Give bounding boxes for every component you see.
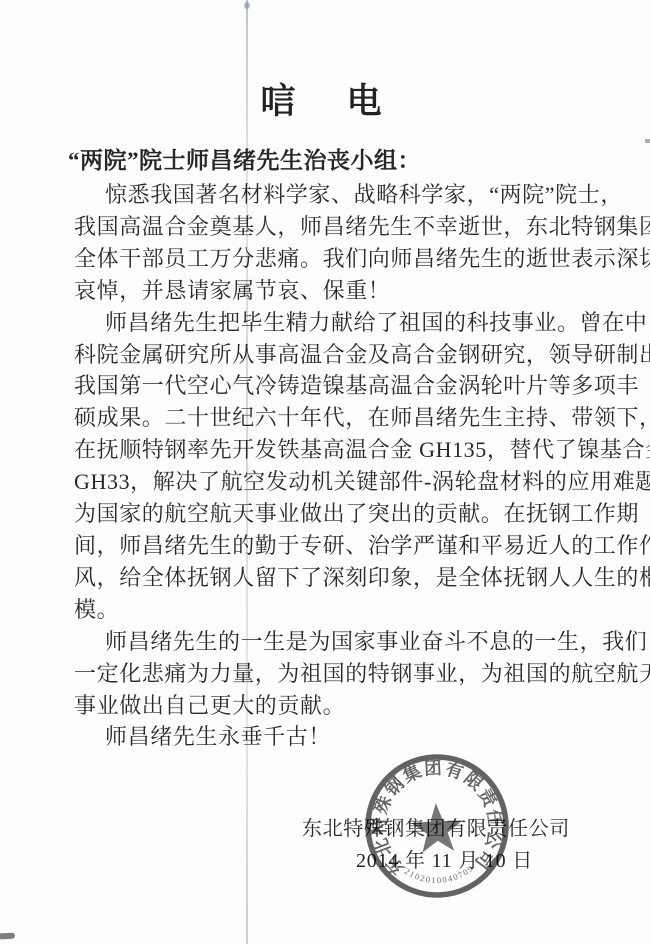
body-text: 惊悉我国著名材料学家、战略科学家，“两院”院士，我国高温合金奠基人，师昌绪先生不… [74,179,596,753]
body-line: 惊悉我国著名材料学家、战略科学家，“两院”院士， [74,179,596,211]
body-line: 在抚顺特钢率先开发铁基高温合金 GH135，替代了镍基合金 [74,434,596,466]
body-line: 事业做出自己更大的贡献。 [74,690,596,722]
body-line: 硕成果。二十世纪六十年代，在师昌绪先生主持、带领下， [74,402,596,434]
body-line: 哀悼，并恳请家属节哀、保重！ [74,275,596,307]
seal-serial-number: 2102010040709 [402,862,476,887]
body-line: 一定化悲痛为力量，为祖国的特钢事业，为祖国的航空航天 [74,658,596,690]
scan-artifact [645,139,650,143]
salutation-line: “两院”院士师昌绪先生治丧小组： [68,142,421,175]
body-line: 为国家的航空航天事业做出了突出的贡献。在抚钢工作期 [74,498,596,530]
scan-artifact [244,2,250,9]
body-line: 我国高温合金奠基人，师昌绪先生不幸逝世，东北特钢集团 [74,211,596,243]
body-line: 我国第一代空心气冷铸造镍基高温合金涡轮叶片等多项丰 [74,370,596,402]
document-title: 唁 电 [0,74,650,124]
company-seal-stamp: 东北特殊钢集团有限责任公司 2102010040709 [361,750,513,902]
body-line: 师昌绪先生的一生是为国家事业奋斗不息的一生，我们 [74,626,596,658]
scan-artifact [0,933,15,940]
scanned-document-page: 唁 电 “两院”院士师昌绪先生治丧小组： 惊悉我国著名材料学家、战略科学家，“两… [0,0,650,944]
body-line: 风，给全体抚钢人留下了深刻印象，是全体抚钢人人生的楷 [74,562,596,594]
body-line: 间，师昌绪先生的勤于专研、治学严谨和平易近人的工作作 [74,530,596,562]
body-line: 师昌绪先生永垂千古！ [74,721,596,753]
body-line: 师昌绪先生把毕生精力献给了祖国的科技事业。曾在中 [74,307,596,339]
body-line: 模。 [74,594,596,626]
body-line: GH33，解决了航空发动机关键部件-涡轮盘材料的应用难题， [74,466,596,498]
body-line: 全体干部员工万分悲痛。我们向师昌绪先生的逝世表示深切 [74,243,596,275]
seal-star-icon [410,802,464,853]
body-line: 科院金属研究所从事高温合金及高合金钢研究，领导研制出 [74,339,596,371]
